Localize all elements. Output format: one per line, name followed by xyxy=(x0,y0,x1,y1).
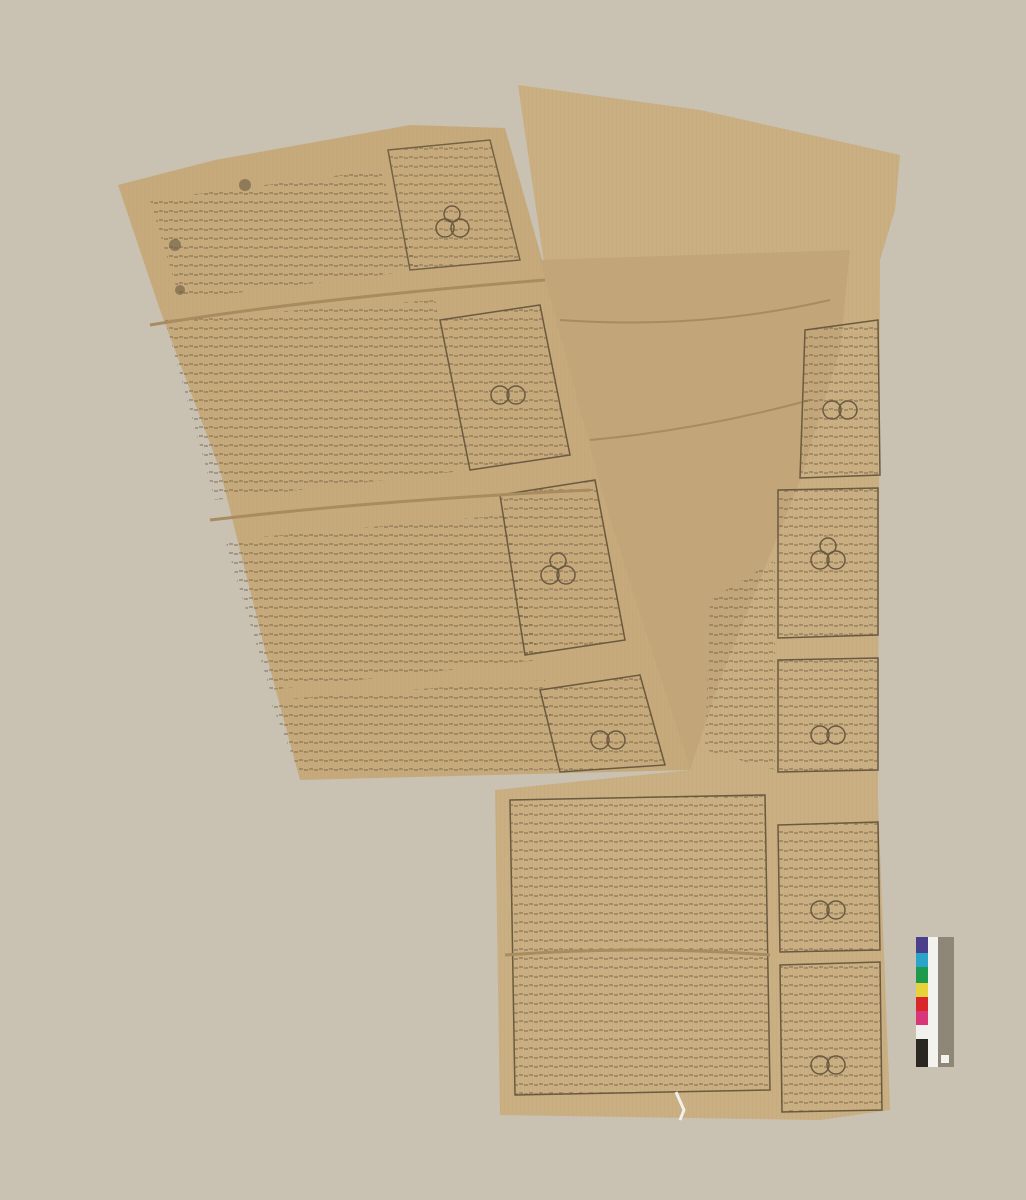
motif-block xyxy=(778,822,880,952)
color-calibration-chart xyxy=(916,937,954,1067)
motif-block xyxy=(778,488,878,638)
motif-block xyxy=(800,320,880,478)
cloth-illustration xyxy=(0,0,1026,1200)
motif-block xyxy=(780,962,882,1112)
motif-block xyxy=(778,658,878,772)
photograph xyxy=(0,0,1026,1200)
